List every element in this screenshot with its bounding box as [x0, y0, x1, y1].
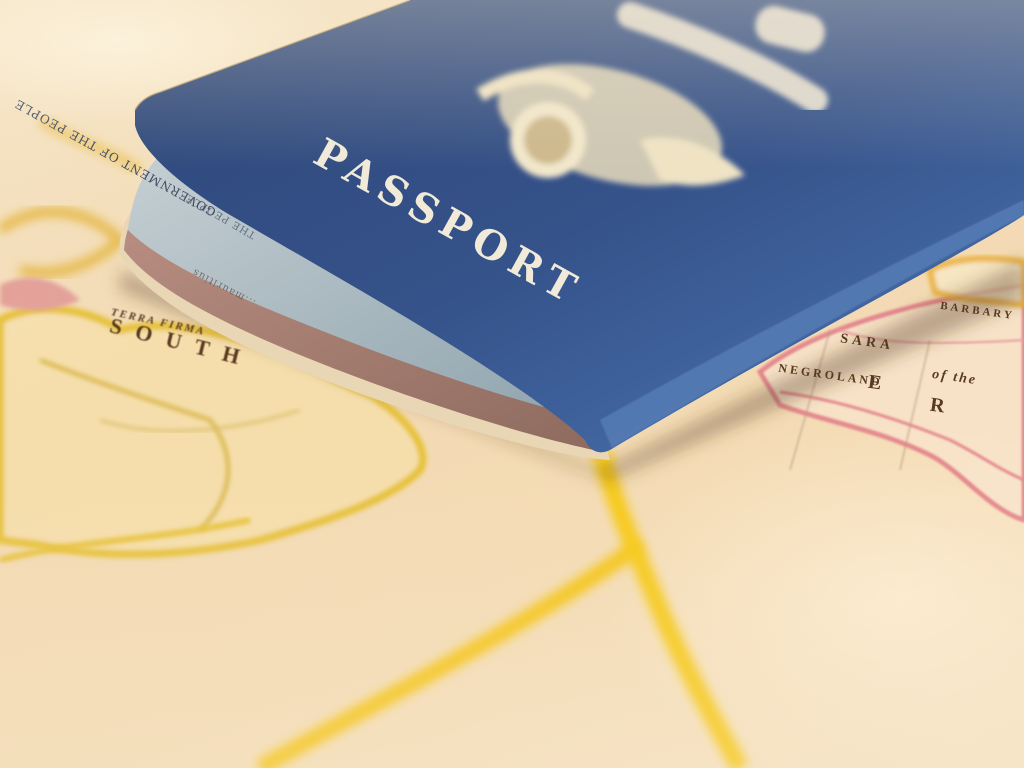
photo-scene: TERRA FIRMA SOUTH BARBARY SARA NEGROLAND… — [0, 0, 1024, 768]
passport — [0, 0, 1024, 768]
